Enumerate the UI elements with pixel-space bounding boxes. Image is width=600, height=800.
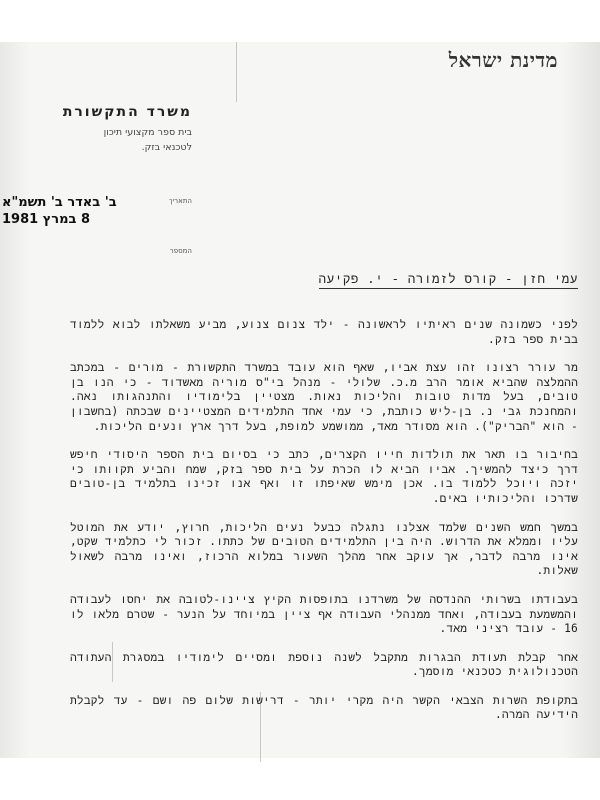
letter-body: לפני כשמונה שנים ראיתיו לראשונה - ילד צנ… (70, 318, 578, 737)
paragraph: במשך חמש השנים שלמד אצלנו נתגלה כבעל נעי… (70, 521, 578, 579)
school-name-line-2: לטכנאי בזק. (12, 140, 192, 155)
date-hebrew: ב' באדר ב' תשמ"א (2, 194, 118, 211)
paragraph: אחר קבלת תעודת הבגרות מתקבל לשנה נוספת ו… (70, 651, 578, 680)
paragraph: לפני כשמונה שנים ראיתיו לראשונה - ילד צנ… (70, 318, 578, 347)
ministry-block: משרד התקשורת בית ספר מקצועי תיכון לטכנאי… (12, 104, 192, 155)
reference-label: המספר (132, 244, 192, 255)
reference-row: המספר (2, 244, 192, 255)
scan-artifact (236, 42, 237, 102)
scanned-letter-page: מדינת ישראל משרד התקשורת בית ספר מקצועי … (0, 42, 600, 758)
ministry-name: משרד התקשורת (12, 104, 192, 120)
date-row: התאריך ב' באדר ב' תשמ"א 8 במרץ 1981 (2, 194, 192, 228)
date-label: התאריך (132, 194, 192, 205)
letterhead-state-name: מדינת ישראל (449, 48, 558, 73)
school-name-line-1: בית ספר מקצועי תיכון (12, 125, 192, 140)
paragraph: מר עורר רצונו זהו עצת אביו, שאף הוא עובד… (70, 361, 578, 434)
paragraph: בחיבור בו תאר את תולדות חייו הקצרים, כתב… (70, 448, 578, 506)
letter-subject: עמי חזן - קורס לזמורה - י. פקיעה (319, 271, 578, 289)
date-values: ב' באדר ב' תשמ"א 8 במרץ 1981 (2, 194, 132, 228)
date-reference-block: התאריך ב' באדר ב' תשמ"א 8 במרץ 1981 המספ… (2, 194, 192, 255)
paragraph: בעבודתו בשרותי ההנדסה של משרדנו בתופסות … (70, 593, 578, 637)
date-gregorian: 8 במרץ 1981 (2, 211, 118, 228)
paragraph: בתקופת השרות הצבאי הקשר היה מקרי יותר - … (70, 694, 578, 723)
